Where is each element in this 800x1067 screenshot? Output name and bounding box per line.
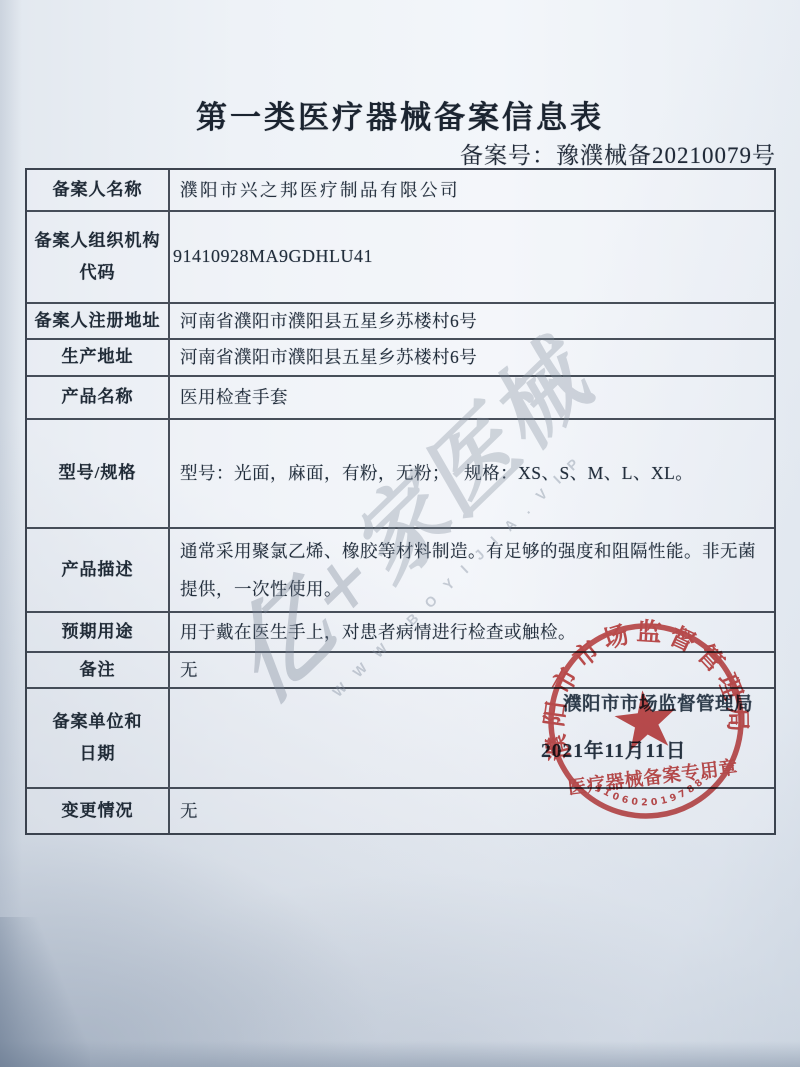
value-remarks: 无 <box>170 653 774 689</box>
paper-bottom-shading <box>0 1041 800 1067</box>
registration-number-line: 备案号：豫濮械备20210079号 <box>460 137 776 170</box>
label-applicant-name: 备案人名称 <box>27 170 170 212</box>
value-product-description: 通常采用聚氯乙烯、橡胶等材料制造。有足够的强度和阻隔性能。非无菌提供，一次性使用… <box>170 529 774 613</box>
label-change-status: 变更情况 <box>27 789 170 833</box>
value-change-status: 无 <box>170 789 774 833</box>
label-remarks: 备注 <box>27 653 170 689</box>
paper-left-shading <box>0 0 22 1067</box>
value-model-spec: 型号：光面，麻面，有粉，无粉； 规格：XS、S、M、L、XL。 <box>170 420 774 529</box>
filing-unit-name: 濮阳市市场监督管理局 <box>563 690 753 716</box>
value-product-name: 医用检查手套 <box>170 377 774 420</box>
value-registered-address: 河南省濮阳市濮阳县五星乡苏楼村6号 <box>170 304 774 340</box>
paper-corner-shadow <box>0 917 90 1067</box>
scanned-document-page: 第一类医疗器械备案信息表 备案号：豫濮械备20210079号 备案人名称 濮阳市… <box>0 0 800 1067</box>
label-org-code: 备案人组织机构代码 <box>27 212 170 304</box>
registration-number-value: 豫濮械备20210079号 <box>556 143 776 168</box>
registration-number-label: 备案号： <box>460 143 556 168</box>
label-product-name: 产品名称 <box>27 377 170 420</box>
value-intended-use: 用于戴在医生手上，对患者病情进行检查或触检。 <box>170 613 774 653</box>
document-title: 第一类医疗器械备案信息表 <box>0 92 800 137</box>
label-registered-address: 备案人注册地址 <box>27 304 170 340</box>
label-production-address: 生产地址 <box>27 340 170 377</box>
label-intended-use: 预期用途 <box>27 613 170 653</box>
label-product-description: 产品描述 <box>27 529 170 613</box>
label-filing-unit-date: 备案单位和日期 <box>27 689 170 789</box>
value-applicant-name: 濮阳市兴之邦医疗制品有限公司 <box>170 170 774 212</box>
filing-date: 2021年11月11日 <box>541 735 686 763</box>
label-model-spec: 型号/规格 <box>27 420 170 529</box>
value-production-address: 河南省濮阳市濮阳县五星乡苏楼村6号 <box>170 340 774 377</box>
value-org-code: 91410928MA9GDHLU41 <box>170 212 774 304</box>
